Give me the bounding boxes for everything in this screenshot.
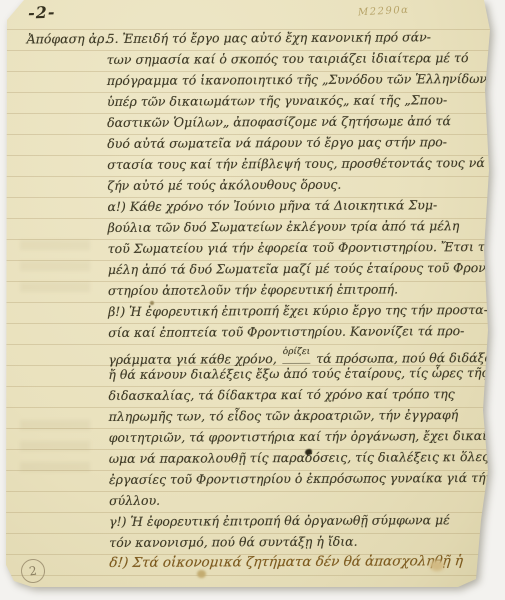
handwriting-line: των σημασία καί ὁ σκοπός του ταιριάζει ἰ… <box>107 47 479 70</box>
handwriting-line: α!) Κάθε χρόνο τόν Ἰούνιο μῆνα τά Διοικη… <box>107 194 479 217</box>
ink-smudge <box>150 301 154 305</box>
handwriting-line: στασία τους καί τήν ἐπίβλεψή τους, προσθ… <box>107 152 479 175</box>
handwriting-line: δ!) Στά οἰκονομικά ζητήματα δέν θά ἀπασχ… <box>108 551 482 574</box>
paper-stain-right <box>430 560 444 571</box>
handwriting-line: μέλη ἀπό τά δυό Σωματεῖα μαζί μέ τούς ἑτ… <box>108 257 480 280</box>
handwriting-line: βούλια τῶν δυό Σωματείων ἐκλέγουν τρία ἀ… <box>108 215 480 238</box>
handwriting-line: διδασκαλίας, τά δίδακτρα καί τό χρόνο κα… <box>108 383 480 406</box>
page-number: -2- <box>28 3 56 23</box>
handwriting-line: ωμα νά παρακολουθῇ τίς παραδόσεις, τίς δ… <box>109 446 481 469</box>
decision-heading-label: Ἀπόφαση ἀρ. <box>27 28 109 49</box>
handwriting-line: ζήν αὐτό μέ τούς ἀκόλουθους ὅρους. <box>107 173 479 196</box>
handwriting-line: ἐργασίες τοῦ Φροντιστηρίου ὁ ἐκπρόσωπος … <box>109 467 481 490</box>
handwriting-line: Ἀπόφαση ἀρ.5. Ἐπειδή τό ἔργο μας αὐτό ἔχ… <box>107 26 479 49</box>
scan-background: -2- Μ2290α Ἀπόφαση ἀρ.5. Ἐπειδή τό ἔργο … <box>0 0 505 600</box>
handwriting-block: Ἀπόφαση ἀρ.5. Ἐπειδή τό ἔργο μας αὐτό ἔχ… <box>107 26 482 574</box>
handwriting-line: δυό αὐτά σωματεῖα νά πάρουν τό ἔργο μας … <box>107 131 479 154</box>
paper-stain-bottom <box>197 570 206 578</box>
manuscript-page: -2- Μ2290α Ἀπόφαση ἀρ.5. Ἐπειδή τό ἔργο … <box>6 0 490 587</box>
handwriting-line: γ!) Ἡ ἐφορευτική ἐπιτροπή θά ὀργανωθῇ σύ… <box>109 509 481 532</box>
handwriting-line: τόν κανονισμό, πού θά συντάξῃ ἡ ἴδια. <box>109 530 481 553</box>
manuscript-page-wrap: -2- Μ2290α Ἀπόφαση ἀρ.5. Ἐπειδή τό ἔργο … <box>6 0 490 587</box>
inserted-word-above-line: ὁρίζει <box>283 342 311 364</box>
archive-mark: Μ2290α <box>358 5 410 19</box>
handwriting-line: στηρίου ἀποτελοῦν τήν ἐφορευτική ἐπιτροπ… <box>108 278 480 301</box>
handwriting-line: φοιτητριῶν, τά φροντιστήρια καί τήν ὀργά… <box>109 425 481 448</box>
ink-showthrough-top <box>20 240 90 300</box>
handwriting-line: ἤ θά κάνουν διαλέξεις ἔξω ἀπό τούς ἑταίρ… <box>108 362 480 385</box>
handwriting-line: δαστικῶν Ὁμίλων„ ἀποφασίζομε νά ζητήσωμε… <box>107 110 479 133</box>
handwriting-line: γράμματα γιά κάθε χρόνο, ὁρίζει τά πρόσω… <box>108 341 480 364</box>
ink-showthrough-bottom <box>20 420 90 480</box>
handwriting-line: πληρωμῆς των, τό εἶδος τῶν ἀκροατριῶν, τ… <box>109 404 481 427</box>
handwriting-line: τοῦ Σωματείου γιά τήν ἐφορεία τοῦ Φροντι… <box>108 236 480 259</box>
handwriting-line: β!) Ἡ ἐφορευτική ἐπιτροπή ἔχει κύριο ἔργ… <box>108 299 480 322</box>
handwriting-line: ὑπέρ τῶν δικαιωμάτων τῆς γυναικός„ καί τ… <box>107 89 479 112</box>
sheet-number-circled: 2 <box>19 557 46 584</box>
handwriting-line: σύλλου. <box>109 488 481 511</box>
handwriting-line: πρόγραμμα τό ἱκανοποιητικό τῆς „Συνόδου … <box>107 68 479 91</box>
handwriting-line: σία καί ἐποπτεία τοῦ Φροντιστηρίου. Κανο… <box>108 320 480 343</box>
